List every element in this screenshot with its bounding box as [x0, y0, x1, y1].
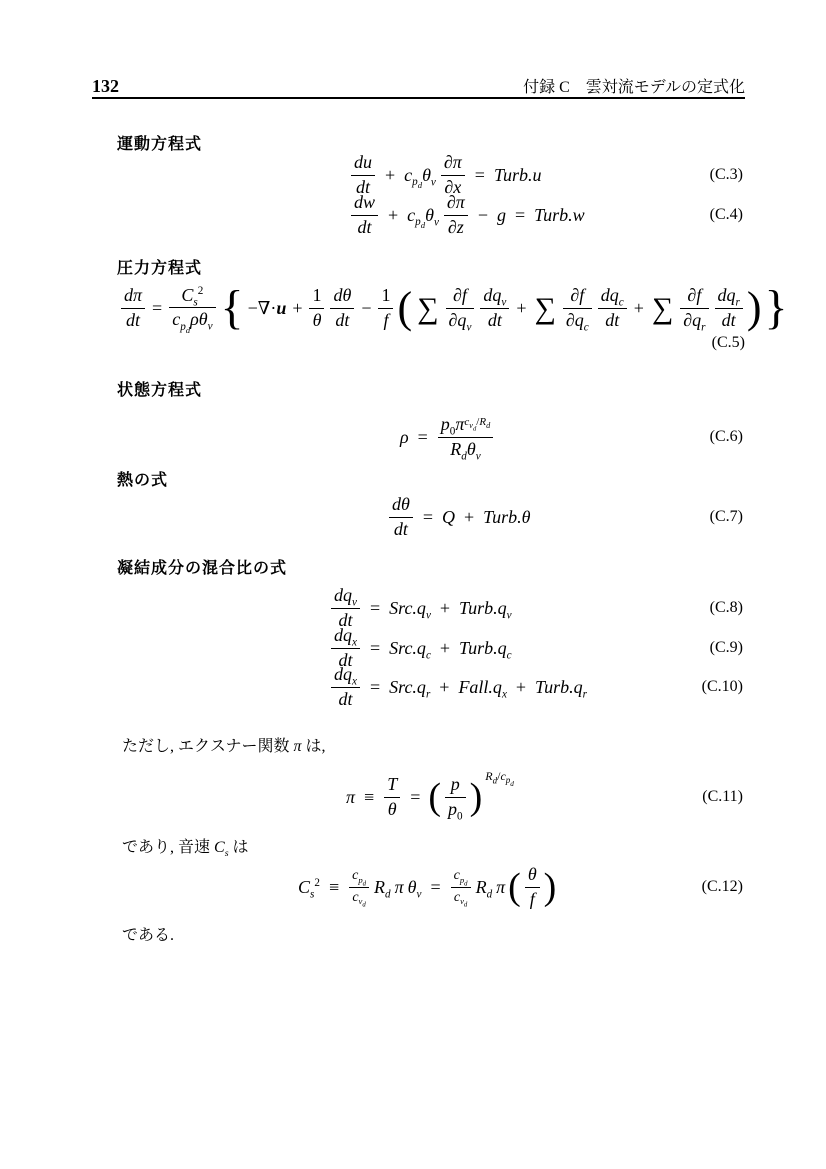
denominator: dt: [389, 518, 413, 539]
plus-operator: +: [388, 205, 398, 226]
subscript: c: [619, 297, 624, 309]
equation-c4: dwdt + cpdθv ∂π∂z − g = Turb.w (C.4): [92, 192, 745, 238]
math-token: C: [298, 877, 310, 897]
summation-symbol: ∑: [652, 294, 673, 324]
equation-c6-number: (C.6): [710, 428, 743, 446]
math-token: dq: [334, 664, 352, 684]
section-heading-mixing: 凝結成分の混合比の式: [117, 555, 287, 578]
subscript: d: [486, 421, 490, 430]
subscript: pd: [506, 775, 514, 785]
fraction: p0πcvd/RdRdθv: [438, 415, 493, 459]
equals-operator: =: [475, 165, 485, 186]
denominator: cvd: [451, 888, 471, 907]
subscript: v: [208, 321, 213, 333]
math-token: R: [450, 439, 461, 459]
math-token-turb-qc: Turb.qc: [459, 638, 511, 659]
equation-c8-number: (C.8): [710, 599, 743, 617]
equals-operator: =: [430, 877, 440, 898]
numerator: dqr: [715, 286, 743, 308]
math-token-Rd: Rd: [476, 877, 493, 898]
math-token-Cs-squared: Cs2: [298, 877, 320, 898]
section-heading-motion: 運動方程式: [117, 131, 202, 154]
math-token: p: [441, 414, 450, 434]
math-token-Q: Q: [442, 507, 455, 528]
denominator: ∂qv: [446, 309, 475, 330]
subscript: d: [464, 902, 467, 909]
math-token: c: [172, 309, 180, 329]
denominator: ∂qc: [563, 309, 592, 330]
denominator: f: [525, 888, 540, 909]
subscript: v: [352, 597, 357, 609]
subscript: pd: [415, 216, 425, 228]
equation-c7-number: (C.7): [710, 508, 743, 526]
equals-operator: =: [370, 598, 380, 619]
plus-operator: +: [439, 677, 449, 698]
math-token: C: [181, 285, 193, 305]
math-token-pi: π: [294, 738, 302, 755]
left-brace: {: [221, 284, 244, 332]
plus-operator: +: [634, 298, 644, 319]
fraction: dθdt: [330, 286, 354, 330]
section-heading-heat: 熱の式: [117, 467, 168, 490]
equation-c10-number: (C.10): [702, 678, 743, 696]
plus-operator: +: [385, 165, 395, 186]
math-token-pi: π: [395, 877, 404, 898]
superscript: 2: [198, 285, 204, 297]
right-paren: ): [544, 868, 557, 906]
math-token: R: [476, 877, 487, 897]
denominator: dt: [330, 309, 354, 330]
numerator: θ: [525, 865, 540, 887]
nabla-dot: −∇·: [248, 298, 277, 318]
equals-operator: =: [152, 298, 162, 319]
equals-operator: =: [423, 507, 433, 528]
subscript: pd: [460, 875, 468, 885]
equation-c9-math: dqxdt = Src.qc + Turb.qc: [328, 626, 514, 670]
math-token: Turb.q: [459, 598, 507, 618]
numerator: T: [384, 775, 400, 797]
numerator: cpd: [349, 868, 369, 888]
right-brace: }: [765, 284, 788, 332]
numerator: dqx: [331, 626, 360, 648]
math-token-Rd: Rd: [374, 877, 391, 898]
page-number: 132: [92, 76, 119, 97]
fraction: ∂π∂z: [444, 193, 468, 237]
equation-c6: ρ = p0πcvd/RdRdθv (C.6): [92, 410, 745, 464]
numerator: ∂f: [563, 286, 592, 308]
subscript: v: [431, 176, 436, 188]
subscript: d: [487, 888, 493, 900]
fraction: dπdt: [121, 286, 145, 330]
equation-c5-number: (C.5): [712, 334, 745, 351]
subscript: pd: [180, 321, 190, 333]
body-text: ただし, エクスナー関数: [122, 738, 294, 755]
math-token-u-vector: u: [276, 298, 286, 318]
body-text-closing: である.: [122, 922, 174, 945]
math-token: dq: [601, 285, 619, 305]
math-token: θ: [199, 309, 208, 329]
math-token-cpd-thetav: cpdθv: [404, 165, 436, 186]
equals-operator: =: [370, 638, 380, 659]
math-token: dq: [334, 625, 352, 645]
fraction: 1θ: [309, 286, 324, 330]
equation-c10: dqxdt = Src.qr + Fall.qx + Turb.qr (C.10…: [92, 665, 745, 709]
subscript: r: [736, 297, 740, 309]
section-heading-pressure: 圧力方程式: [117, 255, 202, 278]
equation-c7: dθdt = Q + Turb.θ (C.7): [92, 494, 745, 540]
fraction: cpdcvd: [349, 868, 369, 906]
running-header-title: 付録 C 雲対流モデルの定式化: [523, 74, 745, 97]
numerator: dθ: [389, 495, 413, 517]
subscript: r: [583, 688, 587, 700]
denominator: cpdρθv: [169, 308, 215, 330]
math-token-thetav: θv: [408, 877, 422, 898]
subscript: vd: [460, 896, 467, 906]
math-token-rho: ρ: [400, 427, 409, 448]
equation-c4-math: dwdt + cpdθv ∂π∂z − g = Turb.w: [348, 193, 587, 237]
math-token-src-qr: Src.qr: [389, 677, 430, 698]
body-text: は: [229, 839, 249, 856]
math-token-pi: π: [496, 877, 505, 898]
denominator: θ: [309, 309, 324, 330]
math-token: Src.q: [389, 598, 426, 618]
math-token: Fall.q: [458, 677, 502, 697]
math-token: ∂q: [566, 310, 584, 330]
numerator: p: [445, 775, 466, 797]
numerator: dw: [351, 193, 378, 215]
subscript: c: [426, 649, 431, 661]
body-text: は,: [302, 738, 326, 755]
math-token-src-qv: Src.qv: [389, 598, 431, 619]
subscript: v: [501, 297, 506, 309]
numerator: dqv: [331, 586, 360, 608]
equation-c3-math: dudt + cpdθv ∂π∂x = Turb.u: [348, 153, 543, 197]
math-token: ∂q: [449, 310, 467, 330]
left-paren: (: [508, 868, 521, 906]
fraction: 1f: [378, 286, 393, 330]
parenthesized-fraction: ( θf ): [507, 865, 557, 909]
plus-operator: +: [464, 507, 474, 528]
fraction: ∂f∂qc: [563, 286, 592, 330]
document-page: 132 付録 C 雲対流モデルの定式化 運動方程式 dudt + cpdθv ∂…: [0, 0, 826, 1169]
equiv-operator: ≡: [364, 787, 374, 808]
fraction: dqcdt: [598, 286, 627, 330]
math-token-turb-qr: Turb.qr: [535, 677, 587, 698]
math-token-turb-theta: Turb.θ: [483, 507, 530, 528]
math-token-fall-qx: Fall.qx: [458, 677, 506, 698]
fraction: Tθ: [384, 775, 400, 819]
minus-operator: −: [478, 205, 488, 226]
subscript: s: [193, 296, 197, 308]
equation-c11-number: (C.11): [702, 788, 743, 806]
subscript: s: [310, 888, 314, 900]
subscript: v: [434, 216, 439, 228]
denominator: dt: [598, 309, 627, 330]
equals-operator: =: [410, 787, 420, 808]
plus-operator: +: [440, 638, 450, 659]
numerator: du: [351, 153, 375, 175]
numerator: Cs2: [169, 286, 215, 308]
plus-operator: +: [516, 677, 526, 698]
subscript: c: [584, 321, 589, 333]
parenthesized-power: ( pp0 ) Rd/cpd: [427, 775, 514, 819]
subscript: pd: [358, 875, 366, 885]
math-token: R: [374, 877, 385, 897]
denominator: ∂qr: [680, 309, 708, 330]
equation-c8-math: dqvdt = Src.qv + Turb.qv: [328, 586, 514, 630]
subscript: x: [502, 688, 507, 700]
denominator: dt: [480, 309, 509, 330]
subscript: pd: [412, 176, 422, 188]
plus-operator: +: [440, 598, 450, 619]
equation-c4-number: (C.4): [710, 206, 743, 224]
subscript: v: [417, 888, 422, 900]
equation-c11: π ≡ Tθ = ( pp0 ) Rd/cpd (C.11): [92, 768, 745, 826]
fraction: ∂f∂qr: [680, 286, 708, 330]
superscript: 2: [314, 877, 320, 889]
denominator: p0: [445, 798, 466, 819]
exponent-group: cvd/Rd: [464, 416, 490, 428]
fraction: cpdcvd: [451, 868, 471, 906]
subscript: x: [352, 676, 357, 688]
math-token: Turb.q: [535, 677, 583, 697]
numerator: dqc: [598, 286, 627, 308]
equals-operator: =: [418, 427, 428, 448]
section-heading-state: 状態方程式: [117, 377, 202, 400]
numerator: 1: [378, 286, 393, 308]
equation-c12-number: (C.12): [702, 878, 743, 896]
equation-c9: dqxdt = Src.qc + Turb.qc (C.9): [92, 626, 745, 670]
math-token-turb-u: Turb.u: [494, 165, 542, 186]
summation-symbol: ∑: [417, 294, 438, 324]
math-token: dq: [334, 585, 352, 605]
numerator: ∂f: [446, 286, 475, 308]
equation-c3-number: (C.3): [710, 166, 743, 184]
numerator: dqv: [480, 286, 509, 308]
fraction: ∂π∂x: [441, 153, 465, 197]
subscript: v: [426, 609, 431, 621]
fraction: Cs2cpdρθv: [169, 286, 215, 330]
fraction: dqvdt: [331, 586, 360, 630]
fraction: dqxdt: [331, 665, 360, 709]
equation-c8: dqvdt = Src.qv + Turb.qv (C.8): [92, 586, 745, 630]
subscript: c: [507, 649, 512, 661]
left-paren: (: [428, 778, 441, 816]
subscript: d: [362, 902, 365, 909]
math-token: R: [485, 769, 492, 783]
math-token-src-qc: Src.qc: [389, 638, 431, 659]
subscript: v: [507, 609, 512, 621]
subscript: v: [466, 321, 471, 333]
numerator: dqx: [331, 665, 360, 687]
plus-operator: +: [516, 298, 526, 319]
equation-c5-number-row: (C.5): [92, 334, 745, 352]
plus-operator: +: [292, 298, 302, 319]
math-token: θ: [422, 165, 431, 185]
subscript: d: [385, 888, 391, 900]
math-token: θ: [425, 205, 434, 225]
equation-c7-math: dθdt = Q + Turb.θ: [386, 495, 533, 539]
fraction: dθdt: [389, 495, 413, 539]
denominator: dt: [331, 688, 360, 709]
math-token-turb-w: Turb.w: [534, 205, 585, 226]
numerator: 1: [309, 286, 324, 308]
numerator: dπ: [121, 286, 145, 308]
math-token: dq: [718, 285, 736, 305]
math-token-cpd-thetav: cpdθv: [407, 205, 439, 226]
denominator: cvd: [349, 888, 369, 907]
equation-c6-math: ρ = p0πcvd/RdRdθv: [398, 415, 496, 459]
denominator: ∂z: [444, 216, 468, 237]
math-token: Src.q: [389, 677, 426, 697]
body-text: であり, 音速: [122, 839, 214, 856]
body-text-exner: ただし, エクスナー関数 π は,: [122, 733, 326, 756]
math-token-Cs: Cs: [214, 839, 229, 856]
denominator: f: [378, 309, 393, 330]
subscript: x: [352, 637, 357, 649]
denominator: dt: [351, 216, 378, 237]
math-token: c: [407, 205, 415, 225]
page-header: 132 付録 C 雲対流モデルの定式化: [92, 74, 745, 97]
equation-c9-number: (C.9): [710, 639, 743, 657]
denominator: dt: [121, 309, 145, 330]
math-token-pi: π: [346, 787, 355, 808]
subscript: d: [363, 881, 366, 888]
fraction: ∂f∂qv: [446, 286, 475, 330]
right-paren: ): [747, 286, 762, 330]
numerator: ∂π: [444, 193, 468, 215]
equals-operator: =: [370, 677, 380, 698]
math-token: dq: [483, 285, 501, 305]
subscript: 0: [457, 810, 463, 822]
summation-symbol: ∑: [535, 294, 556, 324]
denominator: θ: [384, 798, 400, 819]
fraction: θf: [525, 865, 540, 909]
equation-c5-math: dπdt = Cs2cpdρθv { −∇·u + 1θ dθdt − 1f (…: [118, 284, 790, 332]
numerator: cpd: [451, 868, 471, 888]
math-token: θ: [467, 439, 476, 459]
header-rule: [92, 97, 745, 99]
fraction: dwdt: [351, 193, 378, 237]
equation-c12-math: Cs2 ≡ cpdcvd Rdπθv = cpdcvd Rdπ ( θf ): [296, 865, 557, 909]
equation-c11-math: π ≡ Tθ = ( pp0 ) Rd/cpd: [344, 775, 514, 819]
math-token: C: [214, 839, 225, 856]
numerator: ∂f: [680, 286, 708, 308]
math-token: θ: [408, 877, 417, 897]
subscript: v: [476, 450, 481, 462]
equation-c10-math: dqxdt = Src.qr + Fall.qx + Turb.qr: [328, 665, 589, 709]
math-token: c: [404, 165, 412, 185]
math-token: ∂q: [683, 310, 701, 330]
numerator: dθ: [330, 286, 354, 308]
equation-c5: dπdt = Cs2cpdρθv { −∇·u + 1θ dθdt − 1f (…: [92, 280, 745, 336]
equation-c12: Cs2 ≡ cpdcvd Rdπθv = cpdcvd Rdπ ( θf ) (…: [92, 858, 745, 916]
numerator: p0πcvd/Rd: [438, 415, 493, 437]
math-token: Turb.q: [459, 638, 507, 658]
exponent-group: Rd/cpd: [485, 776, 514, 784]
math-token: ρ: [190, 309, 199, 329]
fraction: dqvdt: [480, 286, 509, 330]
right-paren: ): [470, 778, 483, 816]
math-token: p: [448, 799, 457, 819]
math-token: Src.q: [389, 638, 426, 658]
subscript: r: [426, 688, 430, 700]
math-token-divergence: −∇·u: [248, 298, 287, 319]
numerator: ∂π: [441, 153, 465, 175]
subscript: d: [464, 881, 467, 888]
math-token-g: g: [497, 205, 506, 226]
equiv-operator: ≡: [329, 877, 339, 898]
left-paren: (: [397, 286, 412, 330]
subscript: d: [510, 780, 514, 788]
fraction: dudt: [351, 153, 375, 197]
equals-operator: =: [515, 205, 525, 226]
minus-operator: −: [361, 298, 371, 319]
fraction: dqrdt: [715, 286, 743, 330]
subscript: vd: [359, 896, 366, 906]
denominator: dt: [715, 309, 743, 330]
body-text-sound-speed: であり, 音速 Cs は: [122, 834, 249, 857]
math-token-turb-qv: Turb.qv: [459, 598, 511, 619]
subscript: r: [701, 321, 705, 333]
denominator: Rdθv: [438, 438, 493, 459]
fraction: pp0: [445, 775, 466, 819]
